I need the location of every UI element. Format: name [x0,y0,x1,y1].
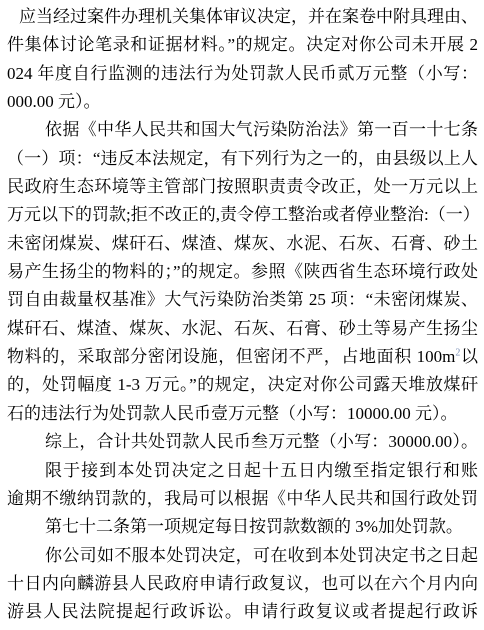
text-line: 民政府生态环境等主管部门按照职责责令改正，处一万元以上十 [7,173,478,201]
text-line: 未密闭煤炭、煤矸石、煤渣、煤灰、水泥、石灰、石膏、砂土等 [7,230,478,258]
text-line: 你公司如不服本处罚决定，可在收到本处罚决定书之日起六 [7,542,478,570]
text-line: 煤矸石、煤渣、煤灰、水泥、石灰、石膏、砂土等易产生扬尘的 [7,315,478,343]
text-line: 十日内向麟游县人民政府申请行政复议，也可以在六个月内向麟 [7,570,478,598]
text-line: 限于接到本处罚决定之日起十五日内缴至指定银行和账号。 [7,457,478,485]
text-line: 000.00 元）。 [7,88,478,116]
document-page: 应当经过案件办理机关集体审议决定，并在案卷中附具理由、案 件集体讨论笔录和证据材… [0,0,484,630]
text-line: 第七十二条第一项规定每日按罚款数额的 3%加处罚款。 [7,513,478,541]
text-line: 物料的，采取部分密闭设施，但密闭不严，占地面积 100m2以内 [7,343,478,371]
text-line: 依据《中华人民共和国大气污染防治法》第一百一十七条第 [7,116,478,144]
text-segment: 物料的，采取部分密闭设施，但密闭不严，占地面积 100m [7,347,455,366]
text-line: 易产生扬尘的物料的；”的规定。参照《陕西省生态环境行政处 [7,258,478,286]
text-line: 的，处罚幅度 1-3 万元。”的规定，决定对你公司露天堆放煤矸 [7,371,478,399]
text-line: 万元以下的罚款;拒不改正的,责令停工整治或者停业整治:（一） [7,201,478,229]
text-line: 综上，合计共处罚款人民币叁万元整（小写：30000.00）。 [7,428,478,456]
text-line: 罚自由裁量权基准》大气污染防治类第 25 项：“未密闭煤炭、 [7,286,478,314]
text-line: （一）项：“违反本法规定，有下列行为之一的，由县级以上人 [7,145,478,173]
text-line: 应当经过案件办理机关集体审议决定，并在案卷中附具理由、案 [7,3,478,31]
text-line: 游县人民法院提起行政诉讼。申请行政复议或者提起行政诉讼， [7,598,478,626]
text-line: 件集体讨论笔录和证据材料。”的规定。决定对你公司未开展 2 [7,31,478,59]
text-line: 024 年度自行监测的违法行为处罚款人民币贰万元整（小写：20 [7,60,478,88]
text-line: 石的违法行为处罚款人民币壹万元整（小写：10000.00 元）。 [7,400,478,428]
text-line: 逾期不缴纳罚款的，我局可以根据《中华人民共和国行政处罚法》 [7,485,478,513]
